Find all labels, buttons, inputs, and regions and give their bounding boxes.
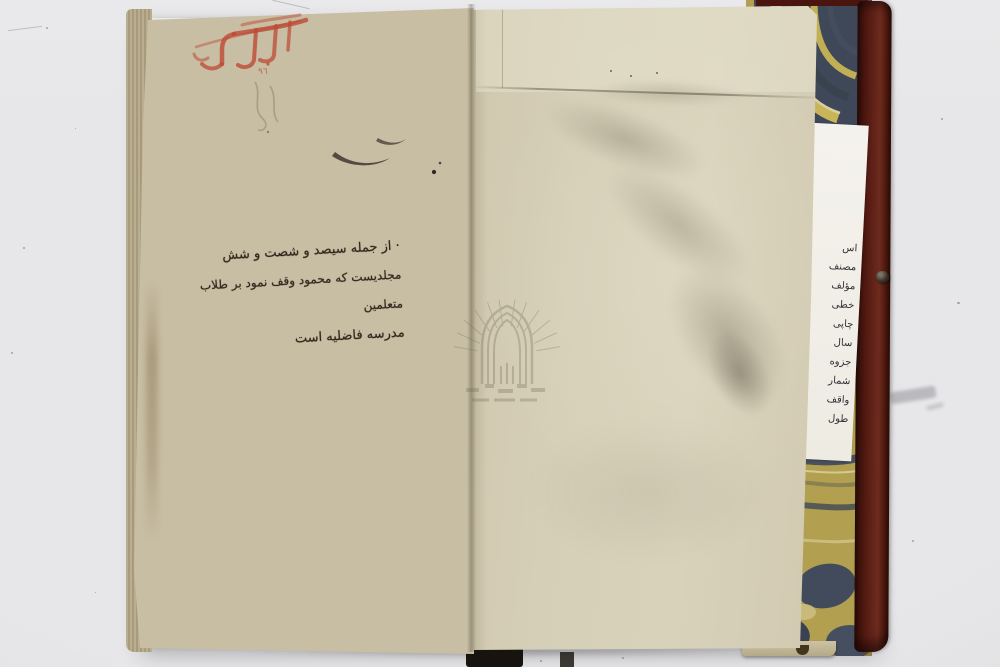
ink-dot [630, 75, 632, 77]
dust-speck [23, 247, 25, 249]
binding-screw [876, 271, 889, 283]
cover-top-edge [756, 0, 868, 6]
dust-speck [95, 592, 96, 593]
black-book-support [560, 652, 574, 667]
pencil-smudge [889, 385, 936, 404]
waqf-inscription: · از جمله سیصد و شصت و شش مجلدیست که محم… [163, 231, 404, 348]
dust-speck [11, 352, 13, 354]
library-watermark-icon [448, 286, 566, 410]
dust-speck [912, 540, 914, 542]
photo-backdrop: اس مصنف مؤلف خطی چاپی سال جزوه شمار واقف… [0, 0, 1000, 667]
pencil-smudge [926, 402, 945, 411]
dust-speck [941, 118, 943, 120]
dust-speck [957, 302, 960, 304]
ink-dot [656, 72, 658, 74]
ink-dot [610, 70, 612, 72]
surface-scratch [8, 26, 42, 31]
dust-speck [46, 27, 48, 29]
page-edge-stain [146, 280, 158, 540]
pasted-sheet-edge [502, 6, 503, 88]
dust-speck [75, 128, 76, 129]
ink-offset-marks [240, 70, 450, 190]
page-smudge [528, 420, 770, 562]
maroon-cover-edge [854, 1, 891, 652]
ownership-stamp-icon: ٩٦ [138, 6, 313, 78]
